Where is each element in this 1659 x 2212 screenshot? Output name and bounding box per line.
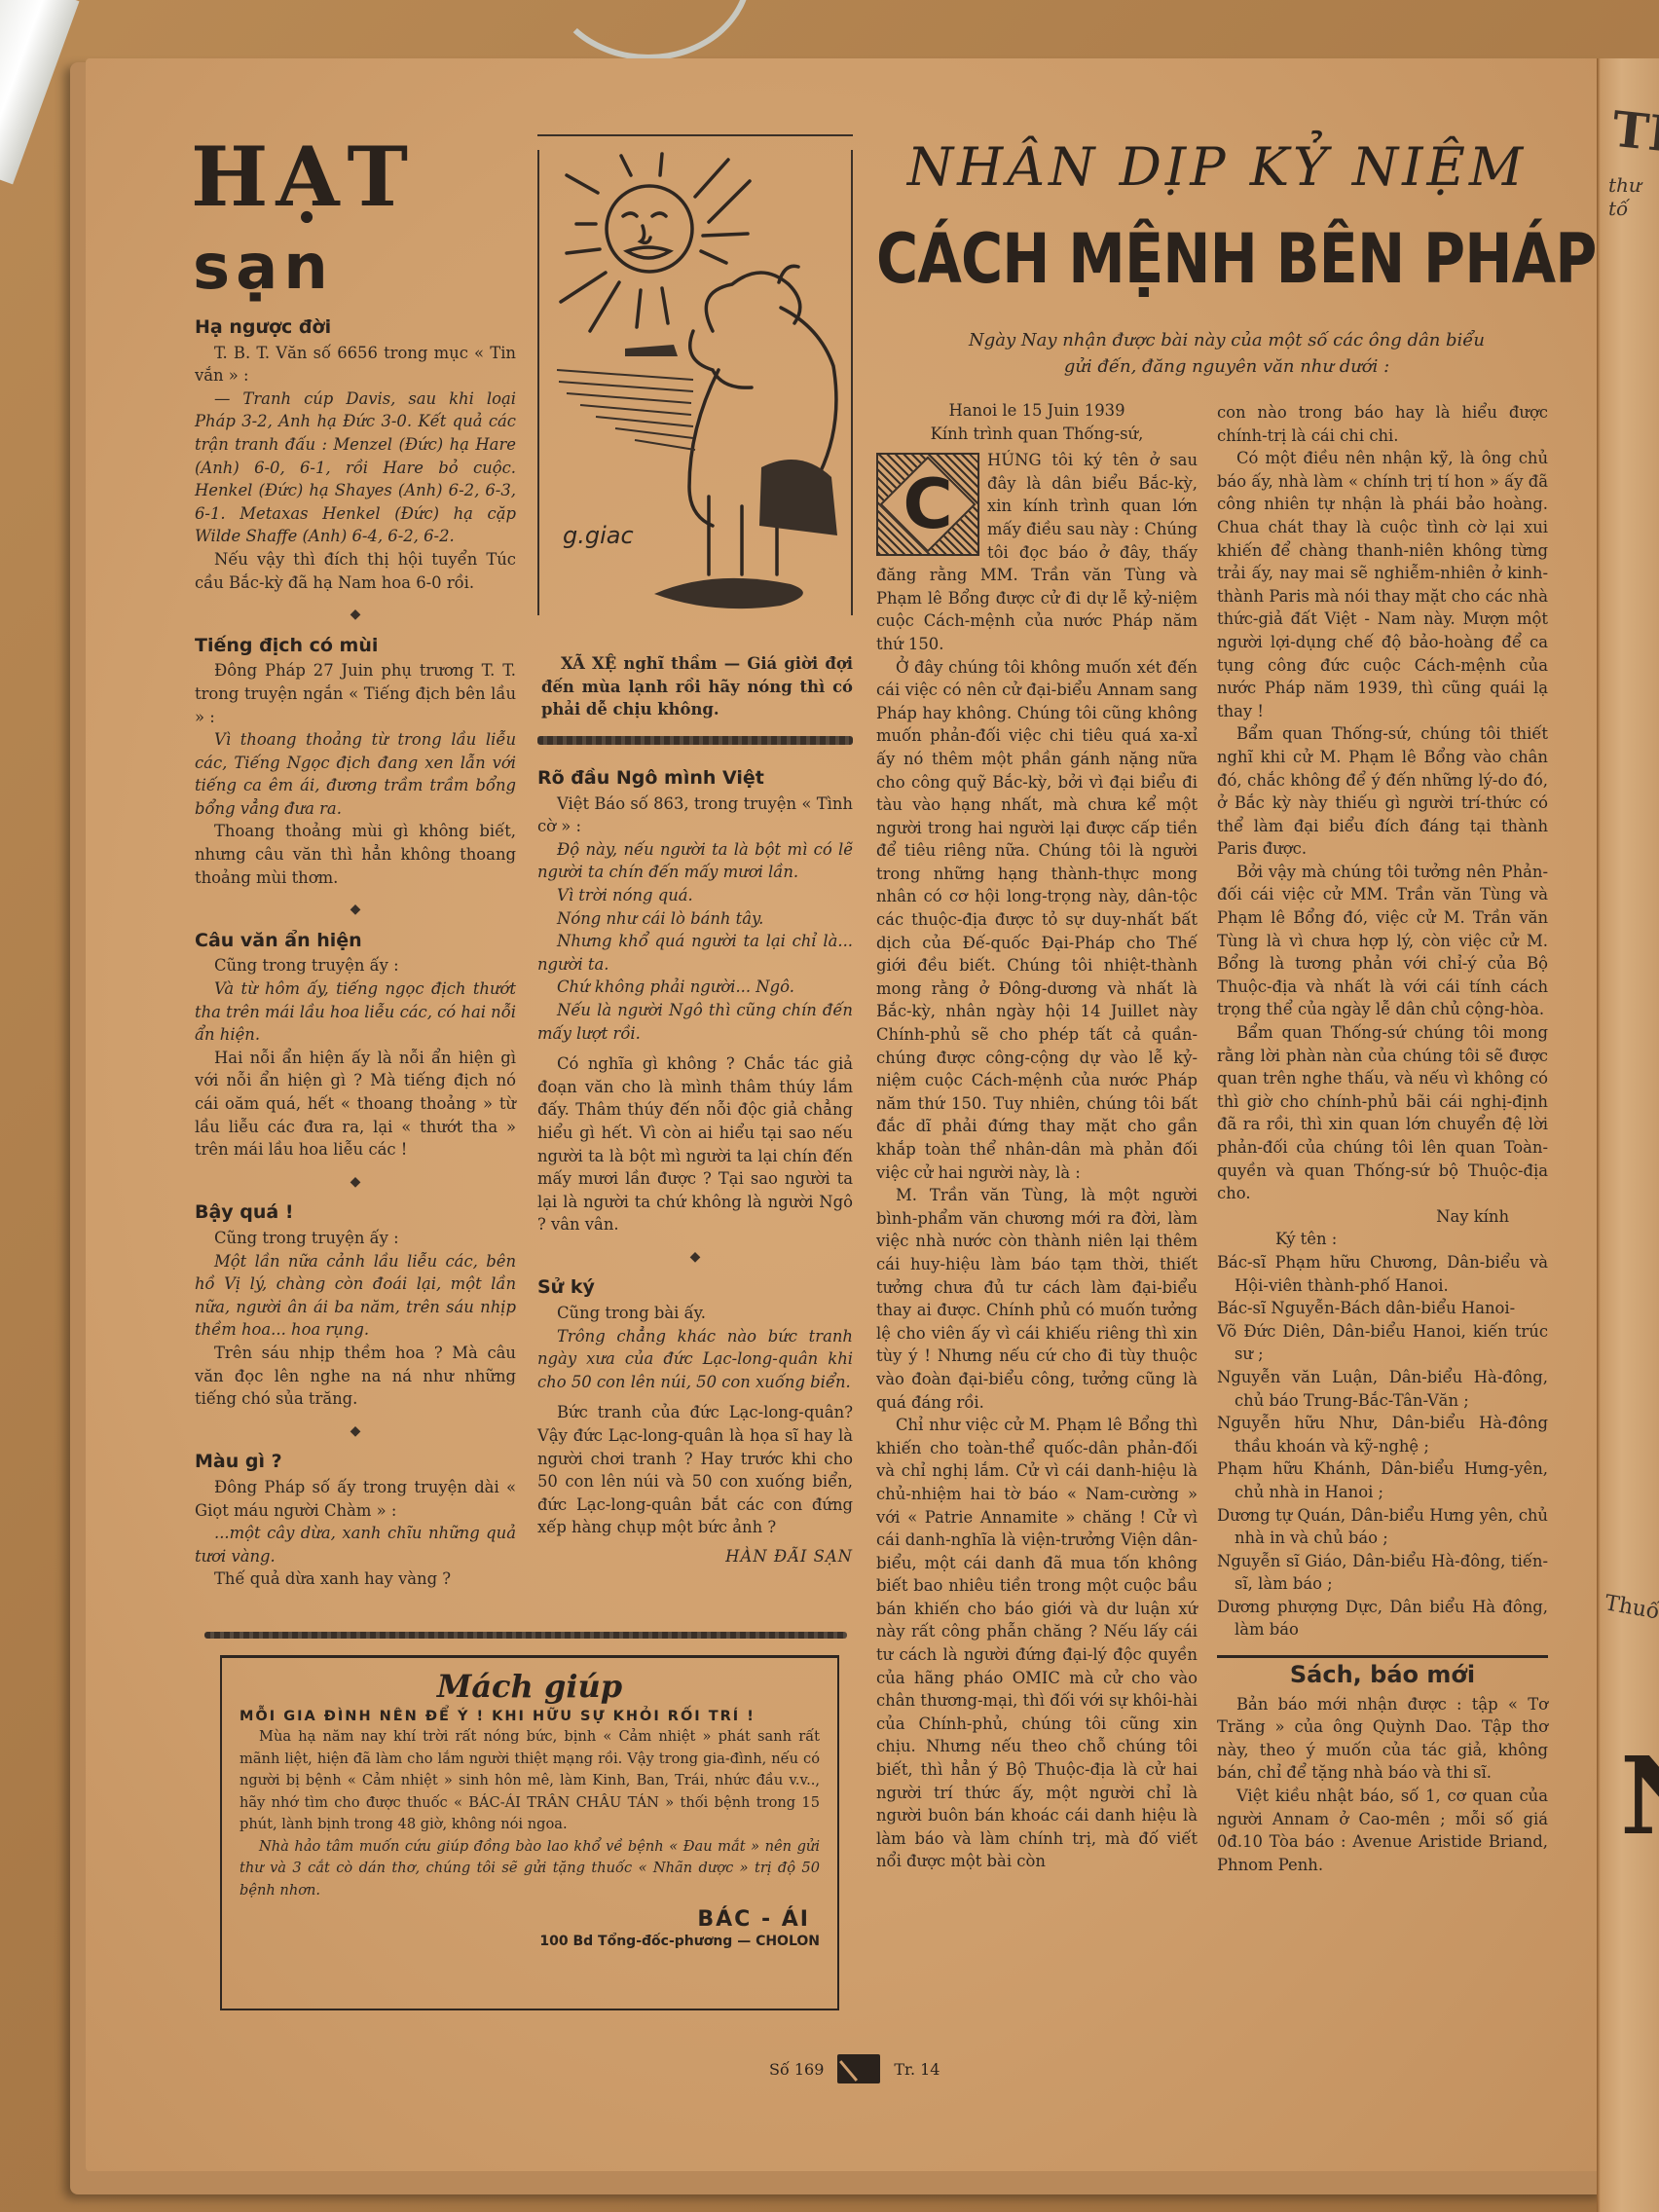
quote: Nhưng khổ quá người ta lại chỉ là... ngư… <box>537 930 853 976</box>
quote: Trông chẳng khác nào bức tranh ngày xưa … <box>537 1325 853 1394</box>
page-footer: Số 169 Tr. 14 <box>769 2054 940 2083</box>
hat-san-column: Hạ ngược đời T. B. T. Văn số 6656 trong … <box>195 316 516 1591</box>
article-intro: Ngày Nay nhận được bài này của một số cá… <box>954 327 1499 380</box>
ad-brand: BÁC - ÁI <box>222 1907 810 1932</box>
paragraph: Đông Pháp số ấy trong truyện dài « Giọt … <box>195 1476 516 1522</box>
cable <box>545 0 752 60</box>
signer: Nguyễn hữu Như, Dân-biểu Hà-đông thầu kh… <box>1217 1412 1548 1457</box>
next-page-bottom-text: Thuốc <box>1603 1591 1659 1627</box>
section-heading: Hạ ngược đời <box>195 316 516 340</box>
section-heading: Bậy quá ! <box>195 1201 516 1225</box>
ad-top-rule <box>204 1632 847 1639</box>
next-page-big-letter: N <box>1620 1733 1659 1859</box>
salutation: Kính trình quan Thống-sứ, <box>876 423 1198 446</box>
paragraph: Hai nỗi ẩn hiện ấy là nỗi ẩn hiện gì với… <box>195 1047 516 1161</box>
paragraph: Cũng trong truyện ấy : <box>195 1227 516 1250</box>
page-number: Tr. 14 <box>894 2060 940 2079</box>
diamond-divider-icon: ◆ <box>195 1420 516 1444</box>
quote: Vì thoang thoảng từ trong lầu liễu các, … <box>195 728 516 820</box>
section-rule <box>1217 1655 1548 1658</box>
cartoon-illustration: g.giac <box>537 134 853 623</box>
paragraph: Cũng trong bài ấy. <box>537 1302 853 1325</box>
desk-reflection <box>0 0 79 184</box>
paragraph: Thoang thoảng mùi gì không biết, nhưng c… <box>195 820 516 889</box>
issue-number: Số 169 <box>769 2060 824 2079</box>
section-heading: Rõ đầu Ngô mình Việt <box>537 767 853 791</box>
quote: — Tranh cúp Davis, sau khi loại Pháp 3-2… <box>195 387 516 548</box>
advertisement-box: Mách giúp MỖI GIA ĐÌNH NÊN ĐỂ Ý ! KHI HỮ… <box>220 1655 839 2010</box>
signer: Dương tự Quán, Dân-biểu Hưng yên, chủ nh… <box>1217 1504 1548 1550</box>
paragraph: T. B. T. Văn số 6656 trong mục « Tin vắn… <box>195 342 516 387</box>
quote: ...một cây dừa, xanh chĩu những quả tươi… <box>195 1522 516 1567</box>
ad-address: 100 Bd Tổng-đốc-phương — CHOLON <box>222 1934 820 1949</box>
paragraph: Việt Báo số 863, trong truyện « Tình cờ … <box>537 793 853 838</box>
paragraph: Nếu vậy thì đích thị hội tuyển Túc cầu B… <box>195 548 516 594</box>
ad-paragraph: Nhà hảo tâm muốn cứu giúp đồng bào lao k… <box>240 1836 820 1902</box>
next-page-title: TIN <box>1609 100 1659 168</box>
paragraph: Thế quả dừa xanh hay vàng ? <box>195 1567 516 1591</box>
paragraph: Ở đây chúng tôi không muốn xét đến cái v… <box>876 656 1198 1185</box>
next-page-subtitle: thư tố <box>1608 173 1659 220</box>
paragraph: Cũng trong truyện ấy : <box>195 954 516 977</box>
paragraph: Bức tranh của đức Lạc-long-quân? Vậy đức… <box>537 1401 853 1539</box>
quote: Độ này, nếu người ta là bột mì có lẽ ngư… <box>537 838 853 884</box>
article-headline-top: NHÂN DỊP KỶ NIỆM <box>876 136 1558 198</box>
paragraph: M. Trần văn Tùng, là một người bình-phẩm… <box>876 1184 1198 1414</box>
article-column-1: Hanoi le 15 Juin 1939 Kính trình quan Th… <box>876 399 1198 1873</box>
signer: Võ Đức Diên, Dân-biểu Hanoi, kiến trúc s… <box>1217 1320 1548 1366</box>
ad-paragraph: Mùa hạ năm nay khí trời rất nóng bức, bị… <box>240 1726 820 1836</box>
signer: Bác-sĩ Nguyễn-Bách dân-biểu Hanoi- <box>1217 1297 1548 1320</box>
article-headline-main: CÁCH MỆNH BÊN PHÁP <box>876 219 1456 299</box>
quote: Vì trời nóng quá. <box>537 884 853 907</box>
paragraph: Bản báo mới nhận được : tập « Tơ Trăng »… <box>1217 1693 1548 1785</box>
quote: Một lần nữa cảnh lầu liễu các, bên hồ Vị… <box>195 1250 516 1342</box>
svg-text:g.giac: g.giac <box>563 522 634 549</box>
ad-body: Mùa hạ năm nay khí trời rất nóng bức, bị… <box>240 1726 820 1901</box>
diamond-divider-icon: ◆ <box>195 899 516 922</box>
paragraph: Chỉ như việc cử M. Phạm lê Bổng thì khiế… <box>876 1414 1198 1873</box>
diamond-divider-icon: ◆ <box>195 1171 516 1195</box>
middle-column: Rõ đầu Ngô mình Việt Việt Báo số 863, tr… <box>537 767 853 1568</box>
section-heading: Sử ký <box>537 1276 853 1300</box>
hat-san-title-line2: sạn <box>193 232 334 304</box>
next-page-fragment: TIN thư tố Thuốc N <box>1597 58 1659 2212</box>
signer: Nguyễn văn Luận, Dân-biểu Hà-đông, chủ b… <box>1217 1366 1548 1412</box>
quote: Nếu là người Ngô thì cũng chín đến mấy l… <box>537 999 853 1045</box>
paragraph: Có một điều nên nhận kỹ, là ông chủ báo … <box>1217 447 1548 722</box>
quote: Nóng như cái lò bánh tây. <box>537 907 853 931</box>
paragraph: Đông Pháp 27 Juin phụ trương T. T. trong… <box>195 659 516 728</box>
cartoon-caption: XÃ XỆ nghĩ thầm — Giá giời đợi đến mùa l… <box>541 652 853 721</box>
quote: Và từ hôm ấy, tiếng ngọc địch thướt tha … <box>195 977 516 1047</box>
hat-san-title-line1: HẠT <box>191 136 416 218</box>
paragraph: Có nghĩa gì không ? Chắc tác giả đoạn vă… <box>537 1052 853 1236</box>
section-heading: Tiếng địch có mùi <box>195 635 516 658</box>
dropcap-ornament-icon: C <box>876 453 979 556</box>
paragraph: Bẩm quan Thống-sứ, chúng tôi thiết nghĩ … <box>1217 722 1548 861</box>
cartoon-caption-block: XÃ XỆ nghĩ thầm — Giá giời đợi đến mùa l… <box>541 652 853 721</box>
signer: Bác-sĩ Phạm hữu Chương, Dân-biểu và Hội-… <box>1217 1251 1548 1297</box>
signer: Nguyễn sĩ Giáo, Dân-biểu Hà-đông, tiến-s… <box>1217 1550 1548 1596</box>
ngay-nay-logo-icon <box>837 2054 880 2083</box>
ad-title: Mách giúp <box>222 1668 837 1705</box>
paragraph: Trên sáu nhịp thềm hoa ? Mà câu văn đọc … <box>195 1342 516 1411</box>
sun-and-man-drawing-icon: g.giac <box>537 136 853 623</box>
quote: Chứ không phải người... Ngô. <box>537 976 853 999</box>
diamond-divider-icon: ◆ <box>537 1246 853 1270</box>
ad-subtitle: MỖI GIA ĐÌNH NÊN ĐỂ Ý ! KHI HỮU SỰ KHỎI … <box>240 1709 820 1724</box>
paragraph: Bởi vậy mà chúng tôi tưởng nên Phản-đối … <box>1217 861 1548 1021</box>
closing: Nay kính <box>1217 1205 1548 1229</box>
section-rule <box>537 736 853 745</box>
signer: Dương phượng Dực, Dân biểu Hà đông, làm … <box>1217 1596 1548 1641</box>
paragraph: Việt kiều nhật báo, số 1, cơ quan của ng… <box>1217 1785 1548 1876</box>
dateline: Hanoi le 15 Juin 1939 <box>876 399 1198 423</box>
article-column-2: con nào trong báo hay là hiểu được chính… <box>1217 401 1548 1876</box>
section-heading: Sách, báo mới <box>1217 1664 1548 1687</box>
paragraph: Bẩm quan Thống-sứ chúng tôi mong rằng lờ… <box>1217 1021 1548 1205</box>
section-heading: Câu văn ẩn hiện <box>195 930 516 953</box>
diamond-divider-icon: ◆ <box>195 604 516 627</box>
section-heading: Màu gì ? <box>195 1451 516 1474</box>
byline: HÀN ĐÃI SẠN <box>537 1545 853 1568</box>
paragraph: con nào trong báo hay là hiểu được chính… <box>1217 401 1548 447</box>
signer: Phạm hữu Khánh, Dân-biểu Hưng-yên, chủ n… <box>1217 1457 1548 1503</box>
signed-label: Ký tên : <box>1217 1228 1548 1251</box>
